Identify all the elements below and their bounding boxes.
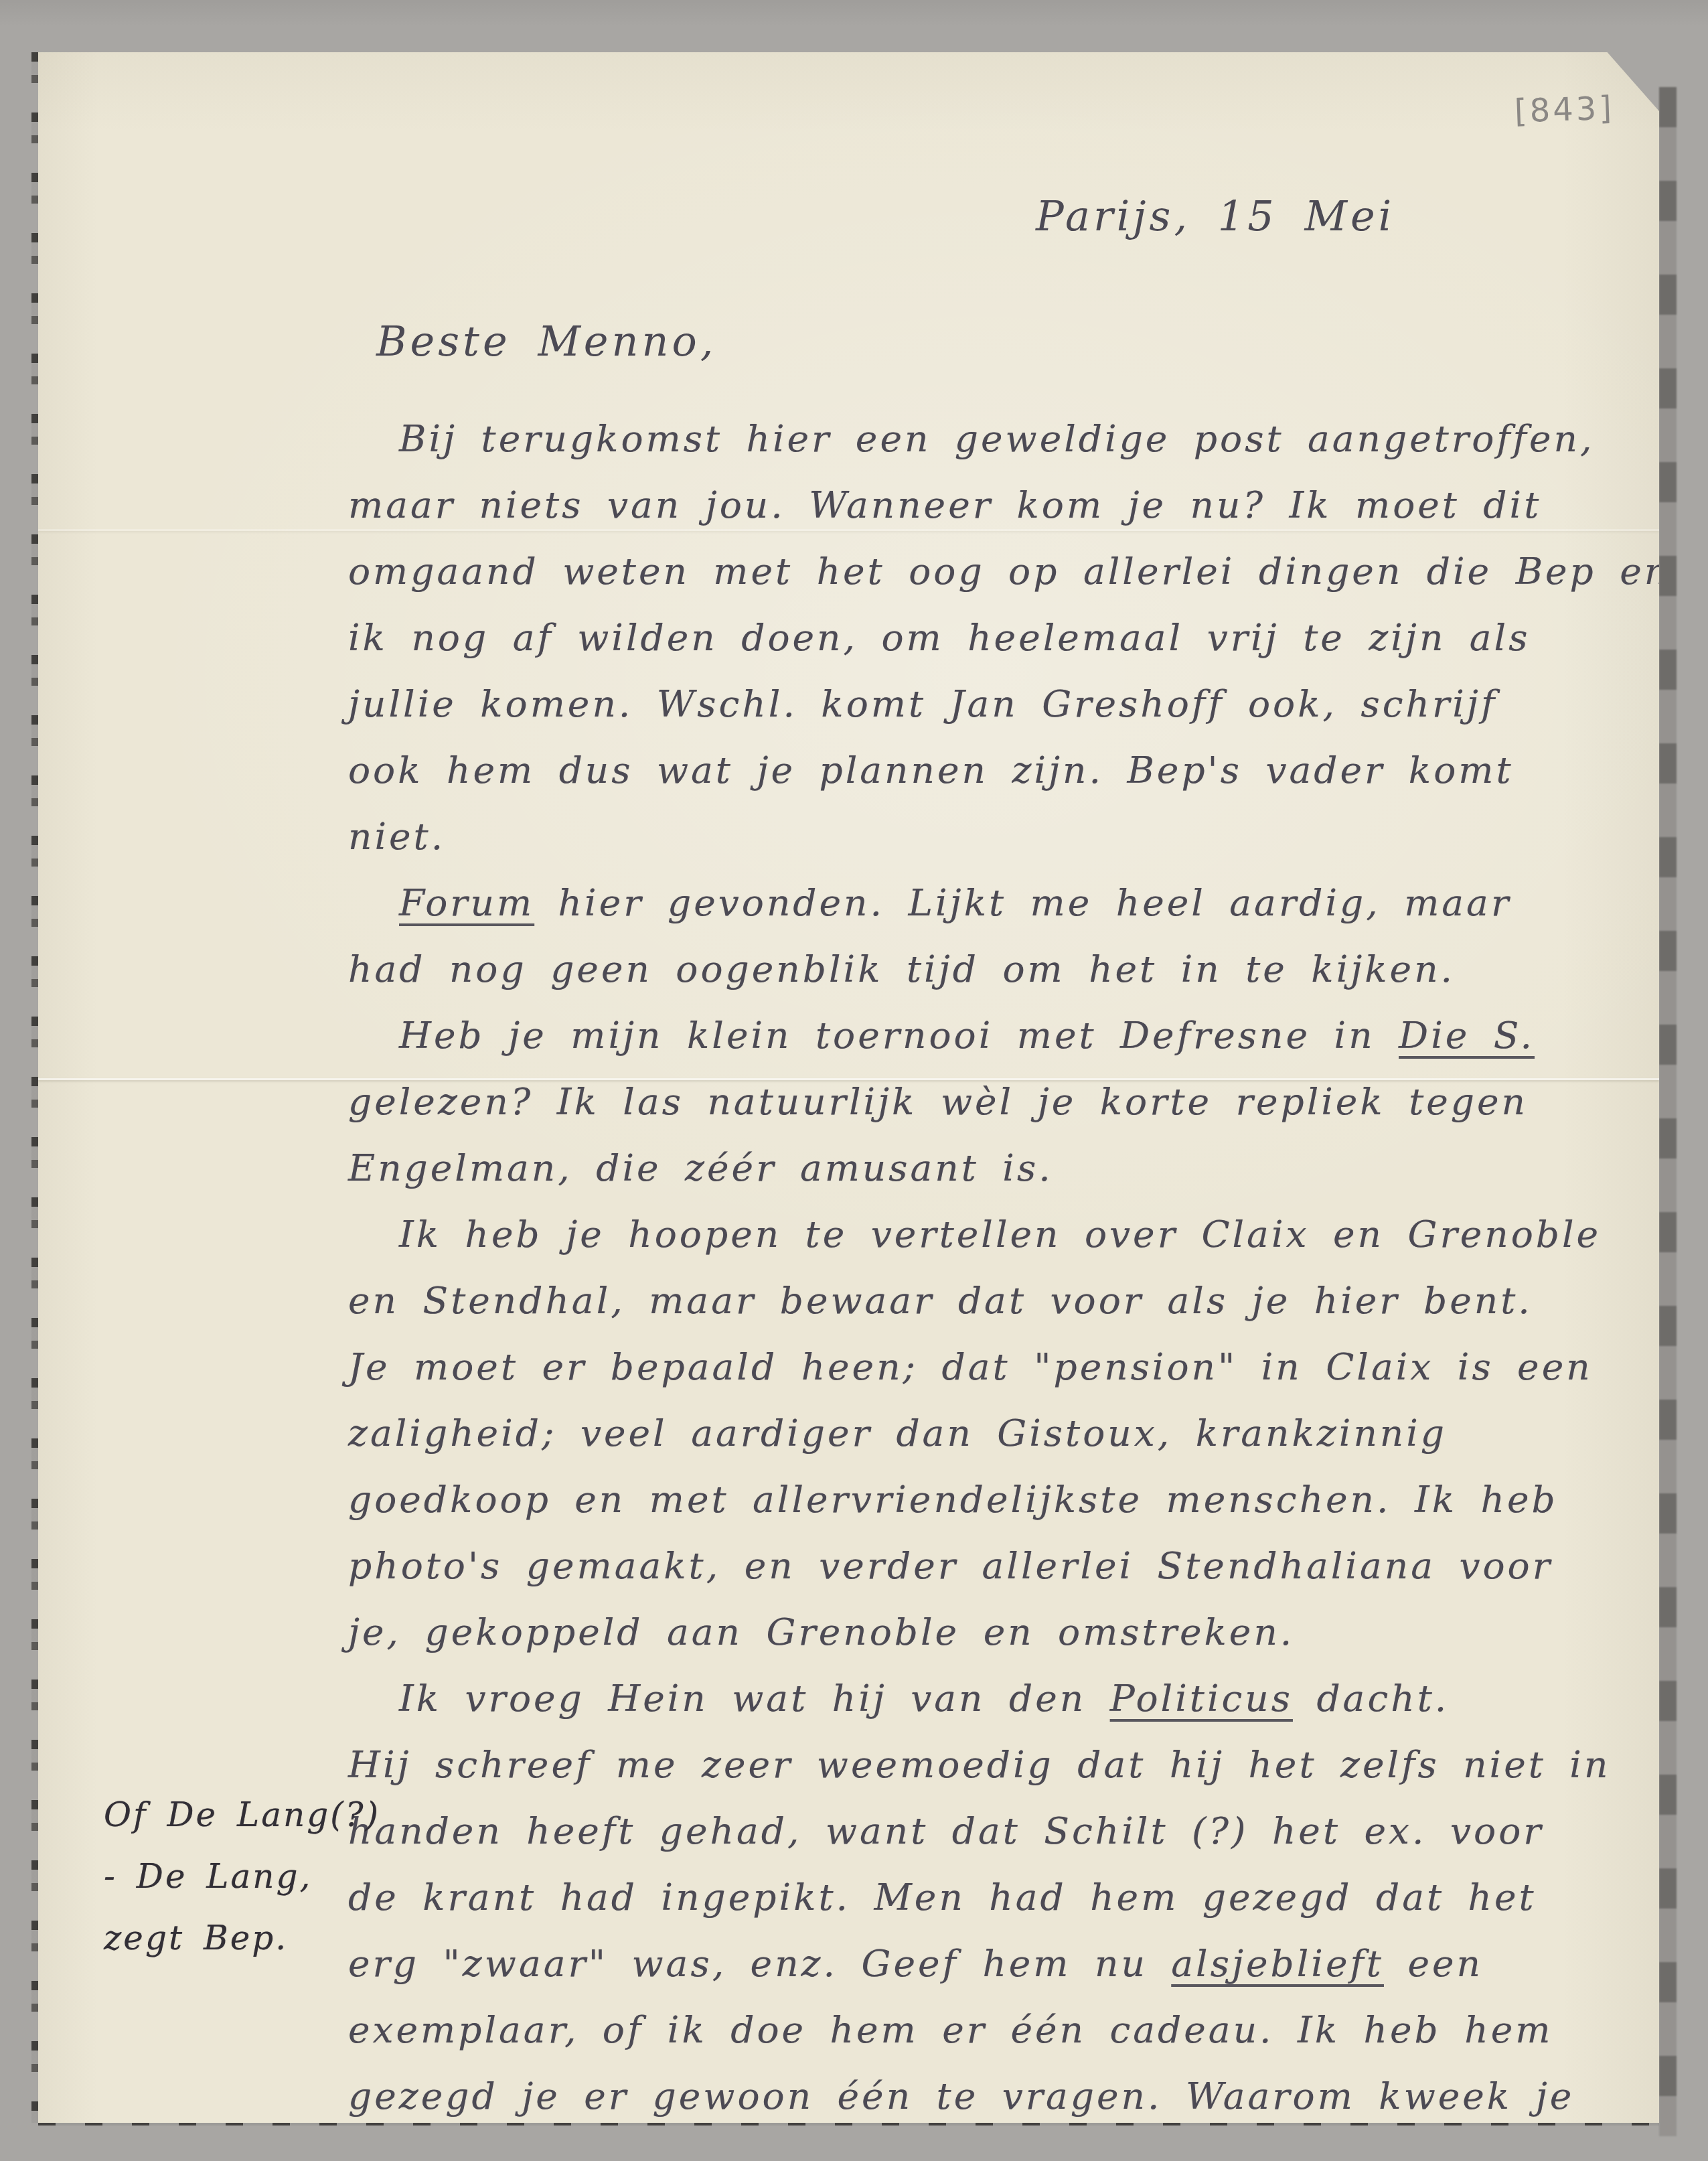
handwritten-text: een xyxy=(1384,1942,1483,1985)
handwritten-line: jullie komen. Wschl. komt Jan Greshoff o… xyxy=(348,671,1646,737)
underlined-text: Politicus xyxy=(1110,1677,1293,1720)
margin-note-line: zegt Bep. xyxy=(104,1907,380,1969)
handwritten-line: Engelman, die zéér amusant is. xyxy=(348,1135,1646,1201)
handwritten-text: had nog geen oogenblik tijd om het in te… xyxy=(348,948,1455,990)
handwritten-text: jullie komen. Wschl. komt Jan Greshoff o… xyxy=(348,682,1497,725)
salutation: Beste Menno, xyxy=(376,317,716,366)
handwritten-text: zaligheid; veel aardiger dan Gistoux, kr… xyxy=(348,1412,1447,1455)
underlying-sheet-edge xyxy=(1659,87,1677,2136)
handwritten-text: Je moet er bepaald heen; dat "pension" i… xyxy=(348,1345,1593,1388)
handwritten-line: Ik heb je hoopen te vertellen over Claix… xyxy=(348,1201,1646,1268)
handwritten-line: Hij schreef me zeer weemoedig dat hij he… xyxy=(348,1732,1646,1798)
handwritten-text: erg "zwaar" was, enz. Geef hem nu xyxy=(348,1942,1171,1985)
paragraph: Heb je mijn klein toernooi met Defresne … xyxy=(348,1002,1646,1201)
handwritten-line: handen heeft gehad, want dat Schilt (?) … xyxy=(348,1798,1646,1864)
handwritten-text: niet. xyxy=(348,815,445,858)
handwritten-line: je, gekoppeld aan Grenoble en omstreken. xyxy=(348,1599,1646,1665)
handwritten-line: Ik vroeg Hein wat hij van den Politicus … xyxy=(348,1665,1646,1732)
handwritten-text: Bij terugkomst hier een geweldige post a… xyxy=(399,417,1594,460)
handwritten-line: ik nog af wilden doen, om heelemaal vrij… xyxy=(348,605,1646,671)
handwritten-text: hier gevonden. Lijkt me heel aardig, maa… xyxy=(534,881,1511,924)
underlined-text: alsjeblieft xyxy=(1171,1942,1384,1985)
handwritten-line: goedkoop en met allervriendelijkste mens… xyxy=(348,1467,1646,1533)
handwritten-text: ook hem dus wat je plannen zijn. Bep's v… xyxy=(348,749,1514,792)
handwritten-text: goedkoop en met allervriendelijkste mens… xyxy=(348,1478,1558,1521)
letter-body: Bij terugkomst hier een geweldige post a… xyxy=(348,406,1646,2123)
handwritten-line: gezegd je er gewoon één te vragen. Waaro… xyxy=(348,2063,1646,2123)
paper-torn-left-edge xyxy=(31,52,38,2123)
margin-note: Of De Lang(?)- De Lang,zegt Bep. xyxy=(104,1784,380,1969)
handwritten-text: Ik heb je hoopen te vertellen over Claix… xyxy=(399,1213,1601,1256)
handwritten-text: je, gekoppeld aan Grenoble en omstreken. xyxy=(348,1611,1294,1653)
handwritten-text: gelezen? Ik las natuurlijk wèl je korte … xyxy=(348,1080,1528,1123)
handwritten-text: Ik vroeg Hein wat hij van den xyxy=(399,1677,1110,1720)
handwritten-line: Bij terugkomst hier een geweldige post a… xyxy=(348,406,1646,472)
dateline: Parijs, 15 Mei xyxy=(1036,192,1395,240)
margin-note-line: Of De Lang(?) xyxy=(104,1784,380,1846)
page-number-annotation: [843] xyxy=(1514,89,1615,130)
handwritten-text: de krant had ingepikt. Men had hem gezeg… xyxy=(348,1876,1537,1919)
handwritten-text: omgaand weten met het oog op allerlei di… xyxy=(348,550,1659,593)
handwritten-line: en Stendhal, maar bewaar dat voor als je… xyxy=(348,1268,1646,1334)
handwritten-line: Heb je mijn klein toernooi met Defresne … xyxy=(348,1002,1646,1069)
handwritten-line: had nog geen oogenblik tijd om het in te… xyxy=(348,936,1646,1002)
margin-note-line: - De Lang, xyxy=(104,1846,380,1907)
handwritten-line: photo's gemaakt, en verder allerlei Sten… xyxy=(348,1533,1646,1599)
paragraph: Bij terugkomst hier een geweldige post a… xyxy=(348,406,1646,870)
handwritten-text: handen heeft gehad, want dat Schilt (?) … xyxy=(348,1809,1544,1852)
handwritten-text: photo's gemaakt, en verder allerlei Sten… xyxy=(348,1544,1553,1587)
handwritten-text: Heb je mijn klein toernooi met Defresne … xyxy=(399,1014,1399,1057)
handwritten-line: niet. xyxy=(348,804,1646,870)
handwritten-text: en Stendhal, maar bewaar dat voor als je… xyxy=(348,1279,1533,1322)
underlined-text: Die S. xyxy=(1399,1014,1535,1057)
underlined-text: Forum xyxy=(399,881,534,924)
handwritten-line: Je moet er bepaald heen; dat "pension" i… xyxy=(348,1334,1646,1400)
handwritten-text: maar niets van jou. Wanneer kom je nu? I… xyxy=(348,483,1541,526)
handwritten-line: gelezen? Ik las natuurlijk wèl je korte … xyxy=(348,1069,1646,1135)
handwritten-line: zaligheid; veel aardiger dan Gistoux, kr… xyxy=(348,1400,1646,1467)
handwritten-line: exemplaar, of ik doe hem er één cadeau. … xyxy=(348,1997,1646,2063)
handwritten-line: omgaand weten met het oog op allerlei di… xyxy=(348,538,1646,605)
handwritten-line: erg "zwaar" was, enz. Geef hem nu alsjeb… xyxy=(348,1931,1646,1997)
handwritten-text: ik nog af wilden doen, om heelemaal vrij… xyxy=(348,616,1530,659)
handwritten-text: dacht. xyxy=(1293,1677,1449,1720)
handwritten-line: ook hem dus wat je plannen zijn. Bep's v… xyxy=(348,737,1646,804)
handwritten-line: Forum hier gevonden. Lijkt me heel aardi… xyxy=(348,870,1646,936)
paragraph: Forum hier gevonden. Lijkt me heel aardi… xyxy=(348,870,1646,1002)
paragraph: Ik vroeg Hein wat hij van den Politicus … xyxy=(348,1665,1646,2123)
handwritten-text: gezegd je er gewoon één te vragen. Waaro… xyxy=(348,2075,1574,2117)
handwritten-line: de krant had ingepikt. Men had hem gezeg… xyxy=(348,1864,1646,1931)
handwritten-text: Hij schreef me zeer weemoedig dat hij he… xyxy=(348,1743,1610,1786)
handwritten-text: exemplaar, of ik doe hem er één cadeau. … xyxy=(348,2008,1553,2051)
handwritten-text: Engelman, die zéér amusant is. xyxy=(348,1146,1053,1189)
paragraph: Ik heb je hoopen te vertellen over Claix… xyxy=(348,1201,1646,1665)
letter-page: [843] Parijs, 15 Mei Beste Menno, Bij te… xyxy=(38,52,1659,2123)
handwritten-line: maar niets van jou. Wanneer kom je nu? I… xyxy=(348,472,1646,538)
